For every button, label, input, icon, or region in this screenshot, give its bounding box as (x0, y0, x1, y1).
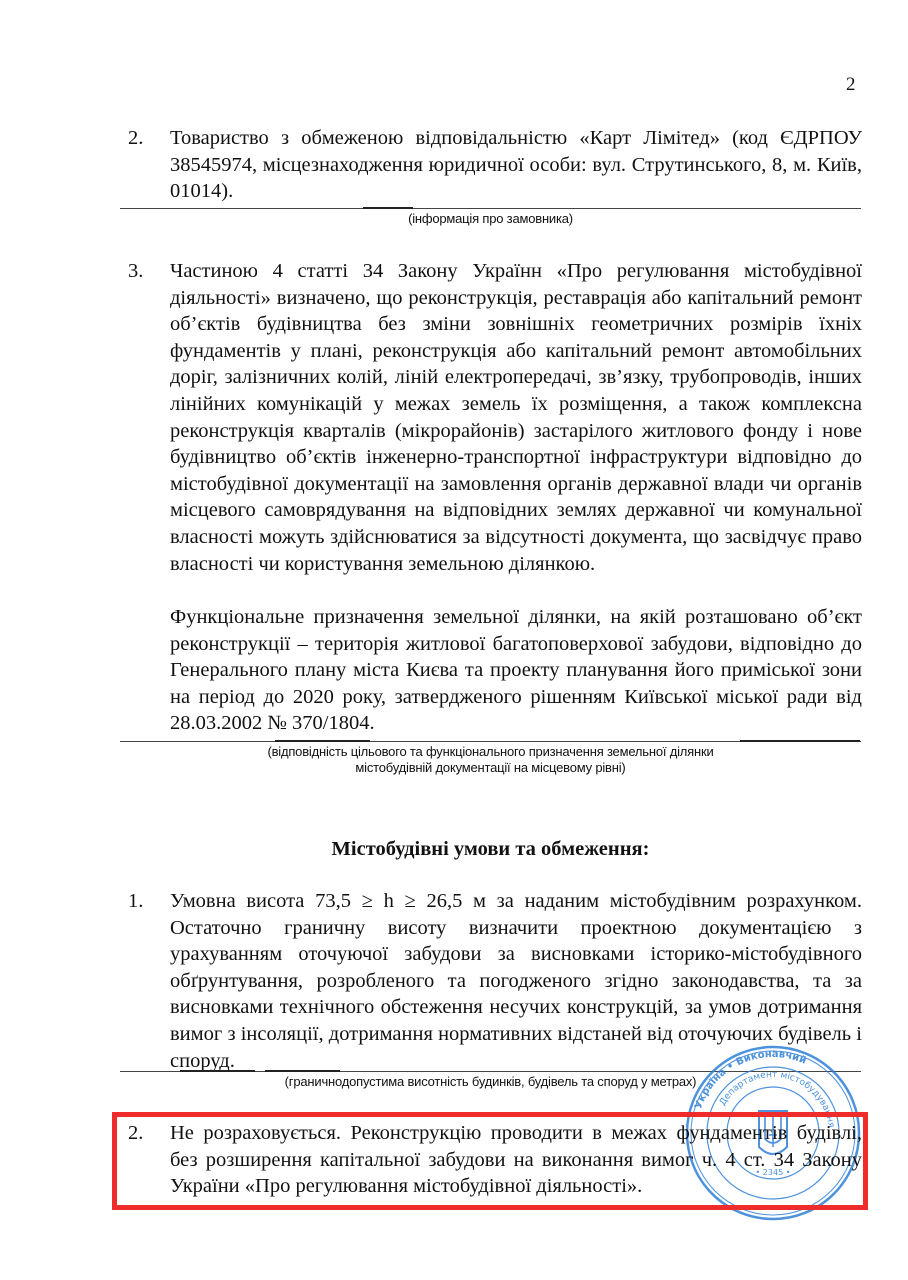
legal-basis-text: Частиною 4 статті 34 Закону Українн «Про… (170, 258, 862, 577)
customer-caption: (інформація про замовника) (120, 211, 861, 227)
customer-info-item: 2. Товариство з обмеженою відповідальніс… (128, 125, 862, 205)
legal-basis-item: 3. Частиною 4 статті 34 Закону Українн «… (128, 258, 862, 577)
item-number: 3. (128, 258, 143, 285)
section-heading: Містобудівні умови та обмеження: (120, 838, 861, 861)
functional-purpose-paragraph: Функціональне призначення земельної діля… (170, 604, 862, 737)
height-condition-item: 1. Умовна висота 73,5 ≥ h ≥ 26,5 м за на… (128, 888, 862, 1074)
purpose-caption-line2: містобудівній документації на місцевому … (120, 760, 861, 776)
customer-info-text: Товариство з обмеженою відповідальністю … (170, 125, 862, 205)
item-number: 2. (128, 1120, 143, 1147)
land-use-condition-text: Не розраховується. Реконструкцію проводи… (170, 1120, 862, 1200)
land-use-condition-item: 2. Не розраховується. Реконструкцію пров… (128, 1120, 862, 1200)
divider-line (120, 208, 861, 209)
divider-line (120, 1071, 861, 1072)
purpose-caption: (відповідність цільового та функціональн… (120, 744, 861, 776)
item-number: 2. (128, 125, 143, 152)
purpose-caption-line1: (відповідність цільового та функціональн… (120, 744, 861, 760)
divider-line (120, 741, 861, 742)
page-number: 2 (846, 74, 856, 96)
item-number: 1. (128, 888, 143, 915)
height-caption: (граничнодопустима висотність будинків, … (120, 1074, 861, 1090)
height-condition-text: Умовна висота 73,5 ≥ h ≥ 26,5 м за надан… (170, 888, 862, 1074)
